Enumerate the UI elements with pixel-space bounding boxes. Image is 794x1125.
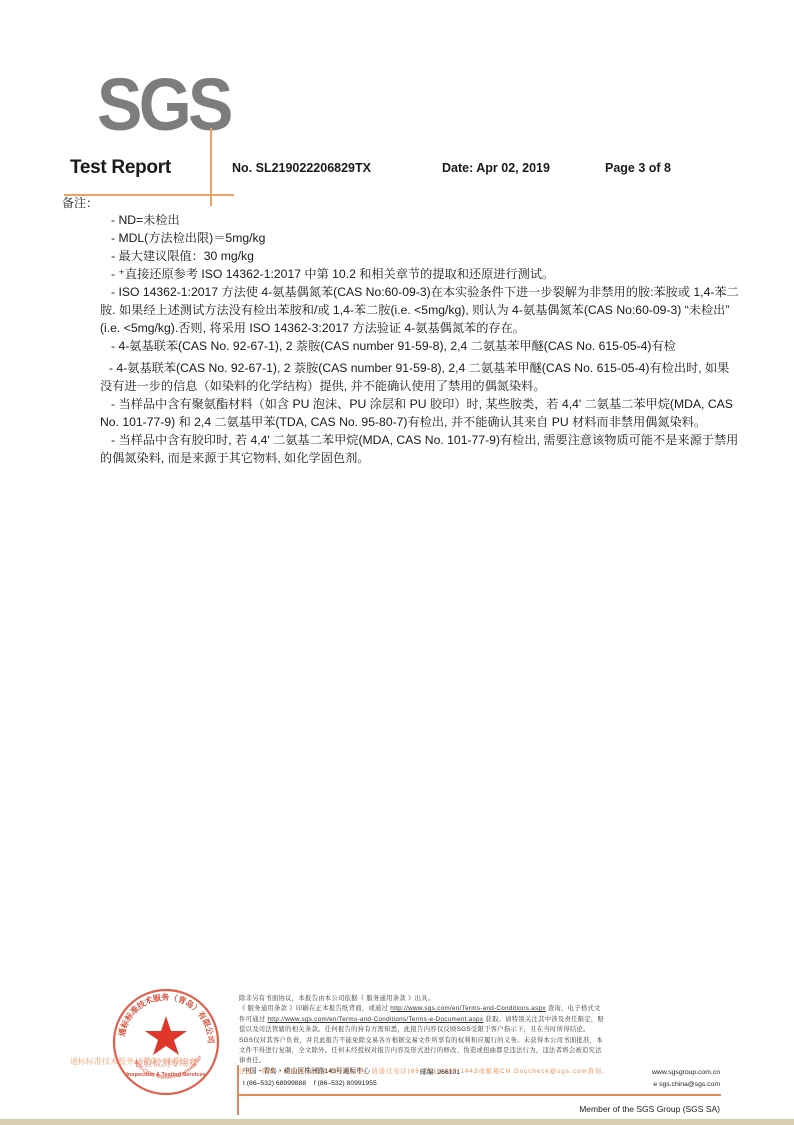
contact-web: www.sgsgroup.com.cn e sgs.china@sgs.com [560,1067,720,1091]
legal-line: 件可通过 http://www.sgs.com/en/Terms-and-Con… [239,1015,719,1025]
report-date: Date: Apr 02, 2019 [442,161,550,175]
report-number: No. SL219022206829TX [232,161,371,175]
company-seal-icon: 检验检测专用章 Inspection & Testing Services 通标… [110,986,222,1098]
note-nd: - ND=未检出 [111,211,739,229]
footer: 检验检测专用章 Inspection & Testing Services 通标… [90,978,720,1123]
legal-line: 文件不得进行复制，全文除外。任何未经授权对报告内容及形式进行的修改、伪造或扭曲都… [239,1046,719,1056]
address-divider [237,1065,239,1115]
legal-line: SGS仅对其客户负责，并且此报告不能免除交易各方根据交易文件所享有的权利和应履行… [239,1036,719,1046]
note-polyurethane: - 当样品中含有聚氨酯材料（如含 PU 泡沫、PU 涂层和 PU 胶印）时, 某… [100,395,739,431]
note-aminobiphenyl-partial: - 4-氨基联苯(CAS No. 92-67-1), 2 萘胺(CAS numb… [100,337,739,355]
note-iso-method: - ISO 14362-1:2017 方法使 4-氨基偶氮苯(CAS No:60… [100,283,739,337]
page-indicator: Page 3 of 8 [605,161,671,175]
member-statement: Member of the SGS Group (SGS SA) [579,1104,720,1114]
e-document-link[interactable]: http://www.sgs.com/en/Terms-and-Conditio… [267,1016,483,1023]
legal-terms: 除非另有书面协议，本报告由本公司依据《 服务通用条款 》出具。 《 服务通用条款… [239,994,719,1077]
terms-link[interactable]: http://www.sgs.com/en/Terms-and-Conditio… [390,1005,546,1012]
remarks-label: 备注： [62,194,98,211]
footer-rule [237,1094,721,1096]
legal-line: 除非另有书面协议，本报告由本公司依据《 服务通用条款 》出具。 [239,994,719,1004]
report-header: Test Report No. SL219022206829TX Date: A… [70,157,730,181]
remarks-notes: - ND=未检出 - MDL(方法检出限)＝5mg/kg - 最大建议限值：30… [111,211,739,467]
postal-code: 邮编: 266101 [420,1066,460,1076]
sgs-logo: SGS [62,66,242,162]
note-mdl: - MDL(方法检出限)＝5mg/kg [111,229,739,247]
note-max-limit: - 最大建议限值：30 mg/kg [111,247,739,265]
phone-number: t (86–532) 68999888 [243,1078,306,1090]
company-address: 中国・青岛・崂山区株洲路143号通标中心 t (86–532) 68999888… [243,1066,377,1090]
report-title: Test Report [70,157,171,179]
website[interactable]: www.sgsgroup.com.cn [560,1067,720,1079]
fax-number: f (86–532) 80991955 [314,1078,377,1090]
note-aminobiphenyl: - 4-氨基联苯(CAS No. 92-67-1), 2 萘胺(CAS numb… [100,359,739,395]
legal-line: 《 服务通用条款 》印刷在正本报告纸背面，或通过 http://www.sgs.… [239,1004,719,1014]
email[interactable]: e sgs.china@sgs.com [560,1079,720,1091]
stamp-company-name: 通标标准技术服务（青岛）有限公司 [70,1056,198,1067]
page-bottom-edge [0,1119,794,1125]
phone-fax: t (86–532) 68999888 f (86–532) 80991955 [243,1078,377,1090]
note-direct-reduction: - ⁺直接还原参考 ISO 14362-1:2017 中第 10.2 和相关章节… [111,265,739,283]
address-text: 中国・青岛・崂山区株洲路143号通标中心 [243,1066,377,1078]
legal-line: 偿以及司法管辖的相关条款。任何报告的持有方需知悉，此报告内容仅反映SGS受限于客… [239,1025,719,1035]
note-print: - 当样品中含有胶印时, 若 4,4' 二氨基二苯甲烷(MDA, CAS No.… [100,431,739,467]
